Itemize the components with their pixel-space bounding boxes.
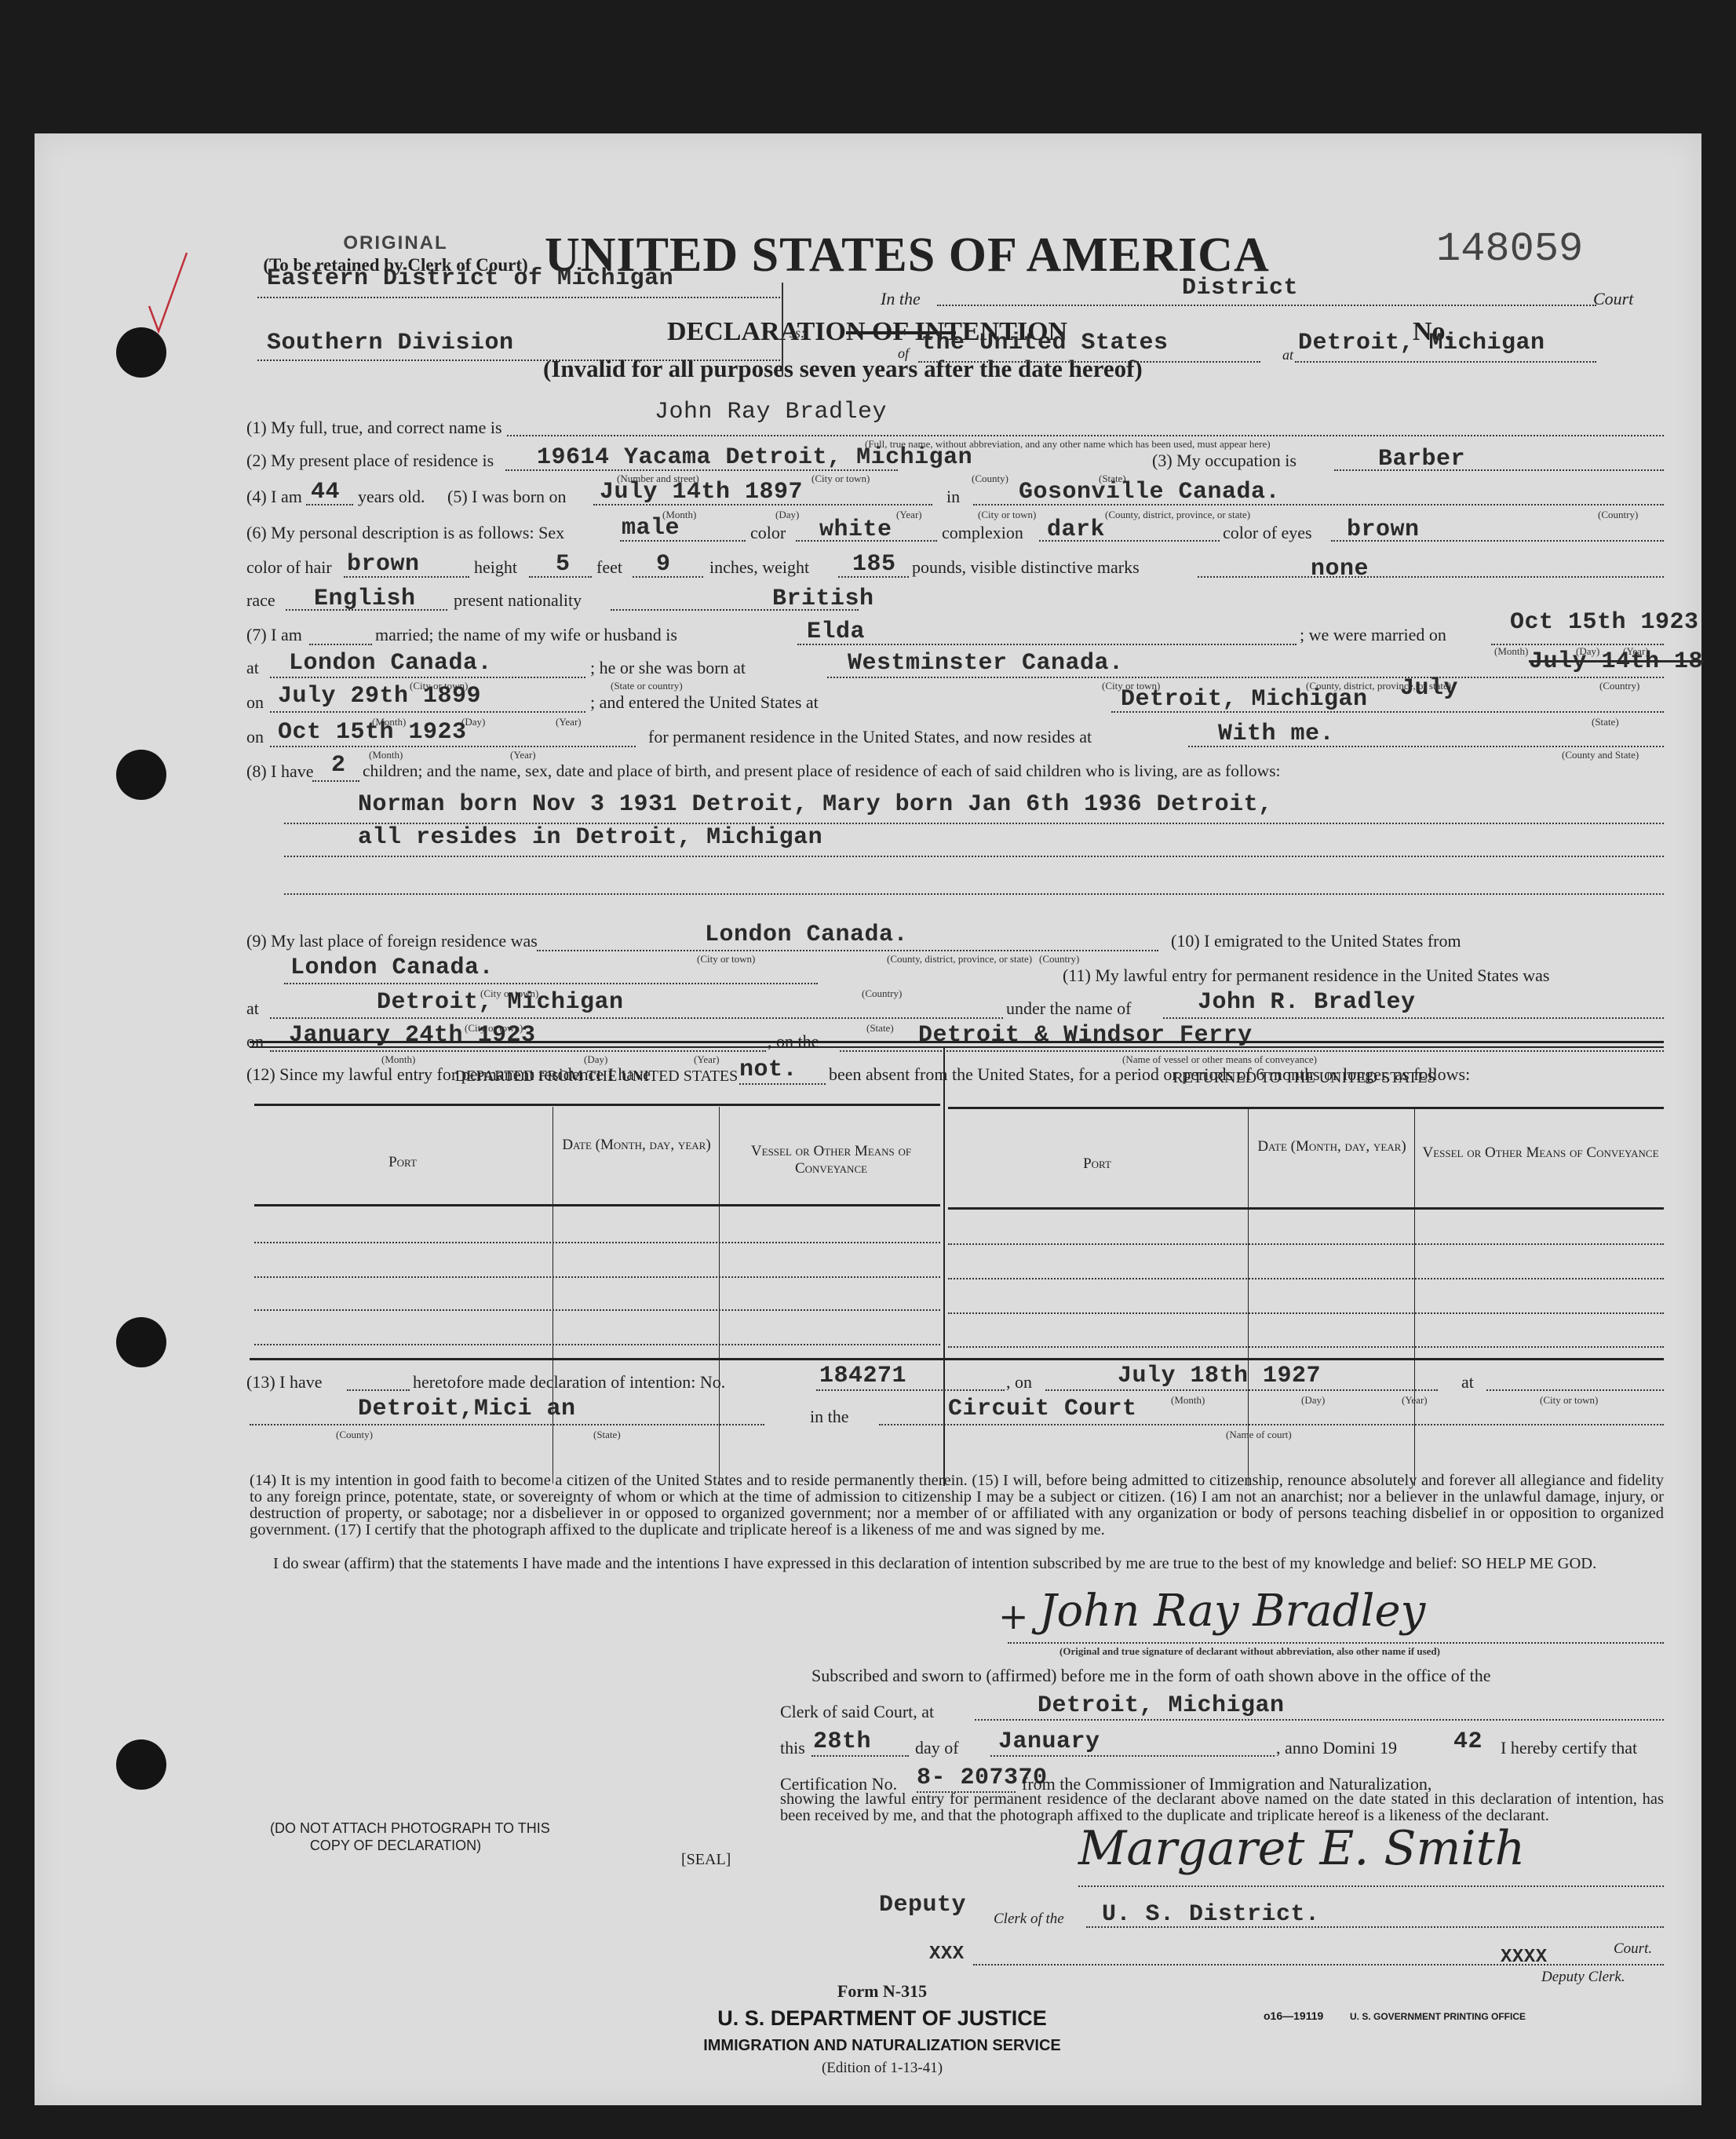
q4-label: (4) I am <box>246 487 302 507</box>
col-date-returned: Date (Month, day, year) <box>1251 1138 1413 1155</box>
entry-place-line <box>270 1017 1003 1019</box>
table-row[interactable] <box>948 1278 1664 1279</box>
in-label: in <box>946 487 960 507</box>
table-row[interactable] <box>254 1242 940 1243</box>
seal-label: [SEAL] <box>681 1851 731 1869</box>
spouse-birthplace-hint-country: (Country) <box>1599 680 1639 692</box>
hair-label: color of hair <box>246 557 332 578</box>
q13-label: (13) I have <box>246 1372 323 1393</box>
jurat-day-line <box>811 1755 909 1757</box>
height-label: height <box>474 557 517 578</box>
signature-line <box>1008 1642 1664 1644</box>
prior-decl-number[interactable]: 184271 <box>819 1363 906 1389</box>
jurat-year-value[interactable]: 42 <box>1453 1728 1483 1755</box>
foreign-hint-country: (Country) <box>1039 953 1079 965</box>
struck-right: XXXX <box>1501 1947 1548 1968</box>
spouse-entry-place-value[interactable]: Detroit, Michigan <box>1121 686 1368 713</box>
table-row[interactable] <box>948 1243 1664 1245</box>
vessel-value[interactable]: Detroit & Windsor Ferry <box>918 1022 1253 1049</box>
punch-hole <box>116 1739 166 1790</box>
birth-place-value[interactable]: Gosonville Canada. <box>1019 479 1280 506</box>
clerk-signature: Margaret E. Smith <box>1078 1821 1525 1876</box>
returned-title: RETURNED TO THE UNITED STATES <box>945 1069 1664 1086</box>
jurat-place-value[interactable]: Detroit, Michigan <box>1038 1692 1285 1719</box>
marriage-at-label: at <box>246 658 259 678</box>
birthplace-hint-county: (County, district, province, or state) <box>1105 509 1250 521</box>
deputy-label: Deputy <box>879 1892 966 1918</box>
venue-bracket <box>782 283 786 375</box>
residence-hint-city: (City or town) <box>811 473 870 485</box>
court-type-value: District <box>1182 275 1298 301</box>
photo-note-line-2: COPY OF DECLARATION) <box>270 1837 521 1854</box>
years-old-label: years old. <box>358 487 425 507</box>
signature-hint: (Original and true signature of declaran… <box>1059 1645 1440 1658</box>
marks-label: pounds, visible distinctive marks <box>912 557 1140 578</box>
complexion-label: complexion <box>942 523 1023 543</box>
prior-court-value[interactable]: Circuit Court <box>948 1396 1137 1422</box>
prior-on-label: , on <box>1006 1372 1032 1393</box>
decl-number-line <box>816 1389 1005 1391</box>
name-line <box>507 435 1664 436</box>
spouse-birthdate-line <box>270 711 585 713</box>
jurat-anno-label: , anno Domini 19 <box>1276 1738 1397 1758</box>
spouse-entry-on-label: on <box>246 727 264 747</box>
court-label: Court <box>1593 289 1633 309</box>
jurat-month-value[interactable]: January <box>998 1728 1100 1755</box>
of-label: of <box>898 345 909 362</box>
children-rule-3 <box>284 893 1664 895</box>
prior-hint-year: (Year) <box>1402 1394 1428 1407</box>
col-port-departed: Port <box>254 1154 551 1171</box>
oath-swear: I do swear (affirm) that the statements … <box>250 1556 1664 1572</box>
prior-hint-day: (Day) <box>1301 1394 1325 1407</box>
marriage-date-value[interactable]: Oct 15th 1923 <box>1510 609 1699 636</box>
entry-at-label: at <box>246 998 259 1019</box>
prior-place-value[interactable]: Detroit,Mici an <box>358 1396 576 1422</box>
struck-text: July 14th 18 <box>1529 648 1703 675</box>
entry-date-line <box>270 1050 766 1052</box>
declarant-mark: + <box>998 1595 1029 1637</box>
prior-hint-month: (Month) <box>1171 1394 1205 1407</box>
full-name-value[interactable]: John Ray Bradley <box>655 399 887 425</box>
birth-hint-year: (Year) <box>896 509 922 521</box>
prior-place-line <box>250 1424 764 1425</box>
complexion-value[interactable]: dark <box>1047 516 1105 543</box>
children-rule-2 <box>284 856 1664 857</box>
q8-label: (8) I have <box>246 761 314 782</box>
prior-date-line <box>1045 1389 1438 1391</box>
feet-label: feet <box>596 557 622 578</box>
spouse-resides-value[interactable]: With me. <box>1218 721 1334 747</box>
entry-name-line <box>1163 1017 1664 1019</box>
foreign-residence-line <box>537 950 1158 951</box>
spouse-birthplace-value[interactable]: Westminster Canada. <box>848 650 1124 677</box>
jurat-month-line <box>990 1755 1275 1757</box>
oath-paragraph: (14) It is my intention in good faith to… <box>250 1473 1664 1539</box>
eyes-label: color of eyes <box>1223 523 1312 543</box>
spouse-entry-hint-year: (Year) <box>510 749 536 761</box>
birth-date-value[interactable]: July 14th 1897 <box>600 479 803 506</box>
q9-label: (9) My last place of foreign residence w… <box>246 931 538 951</box>
punch-hole <box>116 1317 166 1367</box>
jurat-dayof-label: day of <box>915 1738 959 1758</box>
marriage-place-value[interactable]: London Canada. <box>289 650 492 677</box>
photo-note-line-1: (DO NOT ATTACH PHOTOGRAPH TO THIS <box>270 1820 521 1837</box>
jurat-subscribed: Subscribed and sworn to (affirmed) befor… <box>811 1666 1491 1686</box>
deputy-clerk-line <box>973 1964 1664 1966</box>
foreign-hint-county: (County, district, province, or state) <box>887 953 1032 965</box>
birth-hint-day: (Day) <box>775 509 799 521</box>
children-line-1[interactable]: Norman born Nov 3 1931 Detroit, Mary bor… <box>358 791 1273 818</box>
service-name: IMMIGRATION AND NATURALIZATION SERVICE <box>647 2037 1118 2055</box>
jurat-clerk-label: Clerk of said Court, at <box>780 1702 934 1722</box>
clerk-of-the-label: Clerk of the <box>994 1911 1064 1928</box>
edition-label: (Edition of 1-13-41) <box>647 2060 1118 2077</box>
marks-line <box>1198 576 1664 578</box>
table-row[interactable] <box>948 1312 1664 1314</box>
at-line <box>1295 361 1596 363</box>
spouse-name-value[interactable]: Elda <box>807 619 865 645</box>
marriage-place-line <box>270 677 585 678</box>
spouse-entry-overtype: July <box>1400 675 1458 702</box>
married-label: married; the name of my wife or husband … <box>375 625 677 645</box>
form-number: Form N-315 <box>647 1981 1118 2002</box>
clerk-signature-line <box>1078 1885 1664 1887</box>
original-label: ORIGINAL <box>262 232 529 254</box>
district-value: Eastern District of Michigan <box>267 265 673 292</box>
at-value: Detroit, Michigan <box>1298 330 1545 356</box>
spouse-line <box>797 644 1297 645</box>
q11-label: (11) My lawful entry for permanent resid… <box>1063 965 1550 986</box>
q10-label: (10) I emigrated to the United States fr… <box>1171 931 1461 951</box>
q13-mid-label: heretofore made declaration of intention… <box>413 1372 725 1393</box>
spouse-birth-hint-year: (Year) <box>556 716 582 728</box>
sex-value[interactable]: male <box>622 515 680 542</box>
occupation-value[interactable]: Barber <box>1378 446 1465 473</box>
q6-label: (6) My personal description is as follow… <box>246 523 564 543</box>
spouse-entered-label: ; and entered the United States at <box>590 692 819 713</box>
punch-hole <box>116 750 166 800</box>
red-checkmark-icon <box>144 251 191 338</box>
q7-label: (7) I am <box>246 625 302 645</box>
residence-hint-county: (County) <box>972 473 1008 485</box>
prior-city-line <box>1486 1389 1664 1391</box>
color-value[interactable]: white <box>819 516 892 543</box>
court-line <box>937 305 1596 306</box>
emigrated-hint-country: (Country) <box>862 987 902 1000</box>
jurat-day-value[interactable]: 28th <box>813 1728 871 1755</box>
struck-left: XXX <box>929 1944 965 1965</box>
eyes-value[interactable]: brown <box>1347 516 1420 543</box>
cert-text-2: showing the lawful entry for permanent r… <box>780 1791 1664 1824</box>
print-code: o16—19119 <box>1264 2009 1323 2022</box>
col-vessel-departed: Vessel or Other Means of Conveyance <box>722 1143 940 1177</box>
q5-label: (5) I was born on <box>447 487 567 507</box>
jurat-place-line <box>975 1719 1664 1721</box>
race-label: race <box>246 590 275 611</box>
hair-value[interactable]: brown <box>347 551 420 578</box>
prior-hint-city: (City or town) <box>1540 1394 1598 1407</box>
married-status-line <box>309 644 372 645</box>
vessel-line <box>840 1050 1664 1052</box>
birthplace-hint-country: (Country) <box>1598 509 1638 521</box>
height-inches-value[interactable]: 9 <box>656 551 671 578</box>
married-on-label: ; we were married on <box>1300 625 1446 645</box>
entry-name-value[interactable]: John R. Bradley <box>1198 989 1416 1016</box>
district-line <box>257 297 780 298</box>
entry-place-value[interactable]: Detroit, Michigan <box>377 989 624 1016</box>
form-footer: Form N-315 U. S. DEPARTMENT OF JUSTICE I… <box>647 1981 1118 2077</box>
marriage-hint-month: (Month) <box>1494 645 1528 658</box>
table-row[interactable] <box>254 1276 940 1278</box>
in-the-label: In the <box>881 289 921 309</box>
birthplace-hint-city: (City or town) <box>978 509 1036 521</box>
table-row[interactable] <box>254 1344 940 1345</box>
table-row[interactable] <box>948 1346 1664 1348</box>
ss-label: ss: <box>790 325 805 341</box>
color-label: color <box>750 523 786 543</box>
q1-label: (1) My full, true, and correct name is <box>246 418 502 438</box>
of-line <box>918 361 1260 363</box>
q2-label: (2) My present place of residence is <box>246 451 494 471</box>
race-value[interactable]: English <box>314 586 416 612</box>
table-row[interactable] <box>254 1309 940 1311</box>
inches-label: inches, weight <box>709 557 809 578</box>
nationality-label: present nationality <box>454 590 582 611</box>
residence-value[interactable]: 19614 Yacama Detroit, Michigan <box>537 444 972 471</box>
col-port-returned: Port <box>948 1155 1246 1173</box>
nationality-value[interactable]: British <box>772 586 874 612</box>
entry-date-value[interactable]: January 24th 1923 <box>289 1022 536 1049</box>
weight-value[interactable]: 185 <box>852 551 896 578</box>
spouse-entry-hint-state: (State) <box>1592 716 1619 728</box>
prior-date-value[interactable]: July 18th 1927 <box>1118 1363 1321 1389</box>
spouse-birthplace-line <box>827 677 1664 678</box>
spouse-entry-date-value[interactable]: Oct 15th 1923 <box>278 719 467 746</box>
children-count-value[interactable]: 2 <box>331 752 346 779</box>
serial-number: 148059 <box>1436 226 1583 272</box>
jurat-certify-label: I hereby certify that <box>1501 1738 1637 1758</box>
prior-court-line <box>879 1424 1664 1425</box>
spouse-resides-hint-county: (County and State) <box>1562 749 1639 761</box>
deputy-clerk-label: Deputy Clerk. <box>1541 1969 1625 1986</box>
spouse-entry-hint-month: (Month) <box>369 749 403 761</box>
prior-in-the-label: in the <box>810 1407 849 1427</box>
age-value[interactable]: 44 <box>311 479 340 506</box>
under-name-label: under the name of <box>1006 998 1131 1019</box>
division-value: Southern Division <box>267 330 514 356</box>
jurat-this-label: this <box>780 1738 805 1758</box>
q3-label: (3) My occupation is <box>1152 451 1297 471</box>
prior-hint-state: (State) <box>593 1429 621 1441</box>
marks-value[interactable]: none <box>1311 556 1369 582</box>
court-suffix-label: Court. <box>1614 1940 1652 1958</box>
spouse-born-label: ; he or she was born at <box>590 658 746 678</box>
prior-hint-court: (Name of court) <box>1226 1429 1292 1441</box>
of-value: the United States <box>921 330 1169 356</box>
col-vessel-returned: Vessel or Other Means of Conveyance <box>1417 1144 1664 1162</box>
height-feet-value[interactable]: 5 <box>556 551 571 578</box>
permanent-label: for permanent residence in the United St… <box>648 727 1092 747</box>
court-name-value[interactable]: U. S. District. <box>1102 1901 1320 1928</box>
division-line <box>257 360 780 361</box>
spouse-birth-date-value[interactable]: July 29th 1899 <box>278 683 481 710</box>
prior-at-label: at <box>1461 1372 1474 1393</box>
photo-note: (DO NOT ATTACH PHOTOGRAPH TO THIS COPY O… <box>270 1820 521 1854</box>
printer-label: U. S. GOVERNMENT PRINTING OFFICE <box>1350 2011 1526 2022</box>
emigrated-line <box>284 983 818 984</box>
prior-hint-county: (County) <box>336 1429 373 1441</box>
department-name: U. S. DEPARTMENT OF JUSTICE <box>647 2006 1118 2031</box>
children-line-2[interactable]: all resides in Detroit, Michigan <box>358 824 822 851</box>
emigrated-from-value[interactable]: London Canada. <box>290 955 494 981</box>
children-label: children; and the name, sex, date and pl… <box>363 761 1281 781</box>
children-count-line <box>312 780 359 782</box>
foreign-residence-value[interactable]: London Canada. <box>705 922 908 948</box>
foreign-hint-city: (City or town) <box>697 953 755 965</box>
spouse-entry-date-line <box>270 746 636 747</box>
document-page: ORIGINAL (To be retained by Clerk of Cou… <box>35 133 1701 2105</box>
declarant-signature: John Ray Bradley <box>1039 1586 1425 1637</box>
departed-title: DEPARTED FROM THE UNITED STATES <box>250 1068 943 1085</box>
at-label: at <box>1282 347 1293 363</box>
q13-line <box>347 1389 410 1391</box>
sex-line <box>620 540 746 542</box>
entry-date-hint-year: (Year) <box>694 1053 720 1066</box>
col-date-departed: Date (Month, day, year) <box>556 1137 717 1154</box>
spouse-birth-on-label: on <box>246 692 264 713</box>
marriage-place-hint-country: (State or country) <box>611 680 683 692</box>
entry-hint-state: (State) <box>866 1022 894 1035</box>
